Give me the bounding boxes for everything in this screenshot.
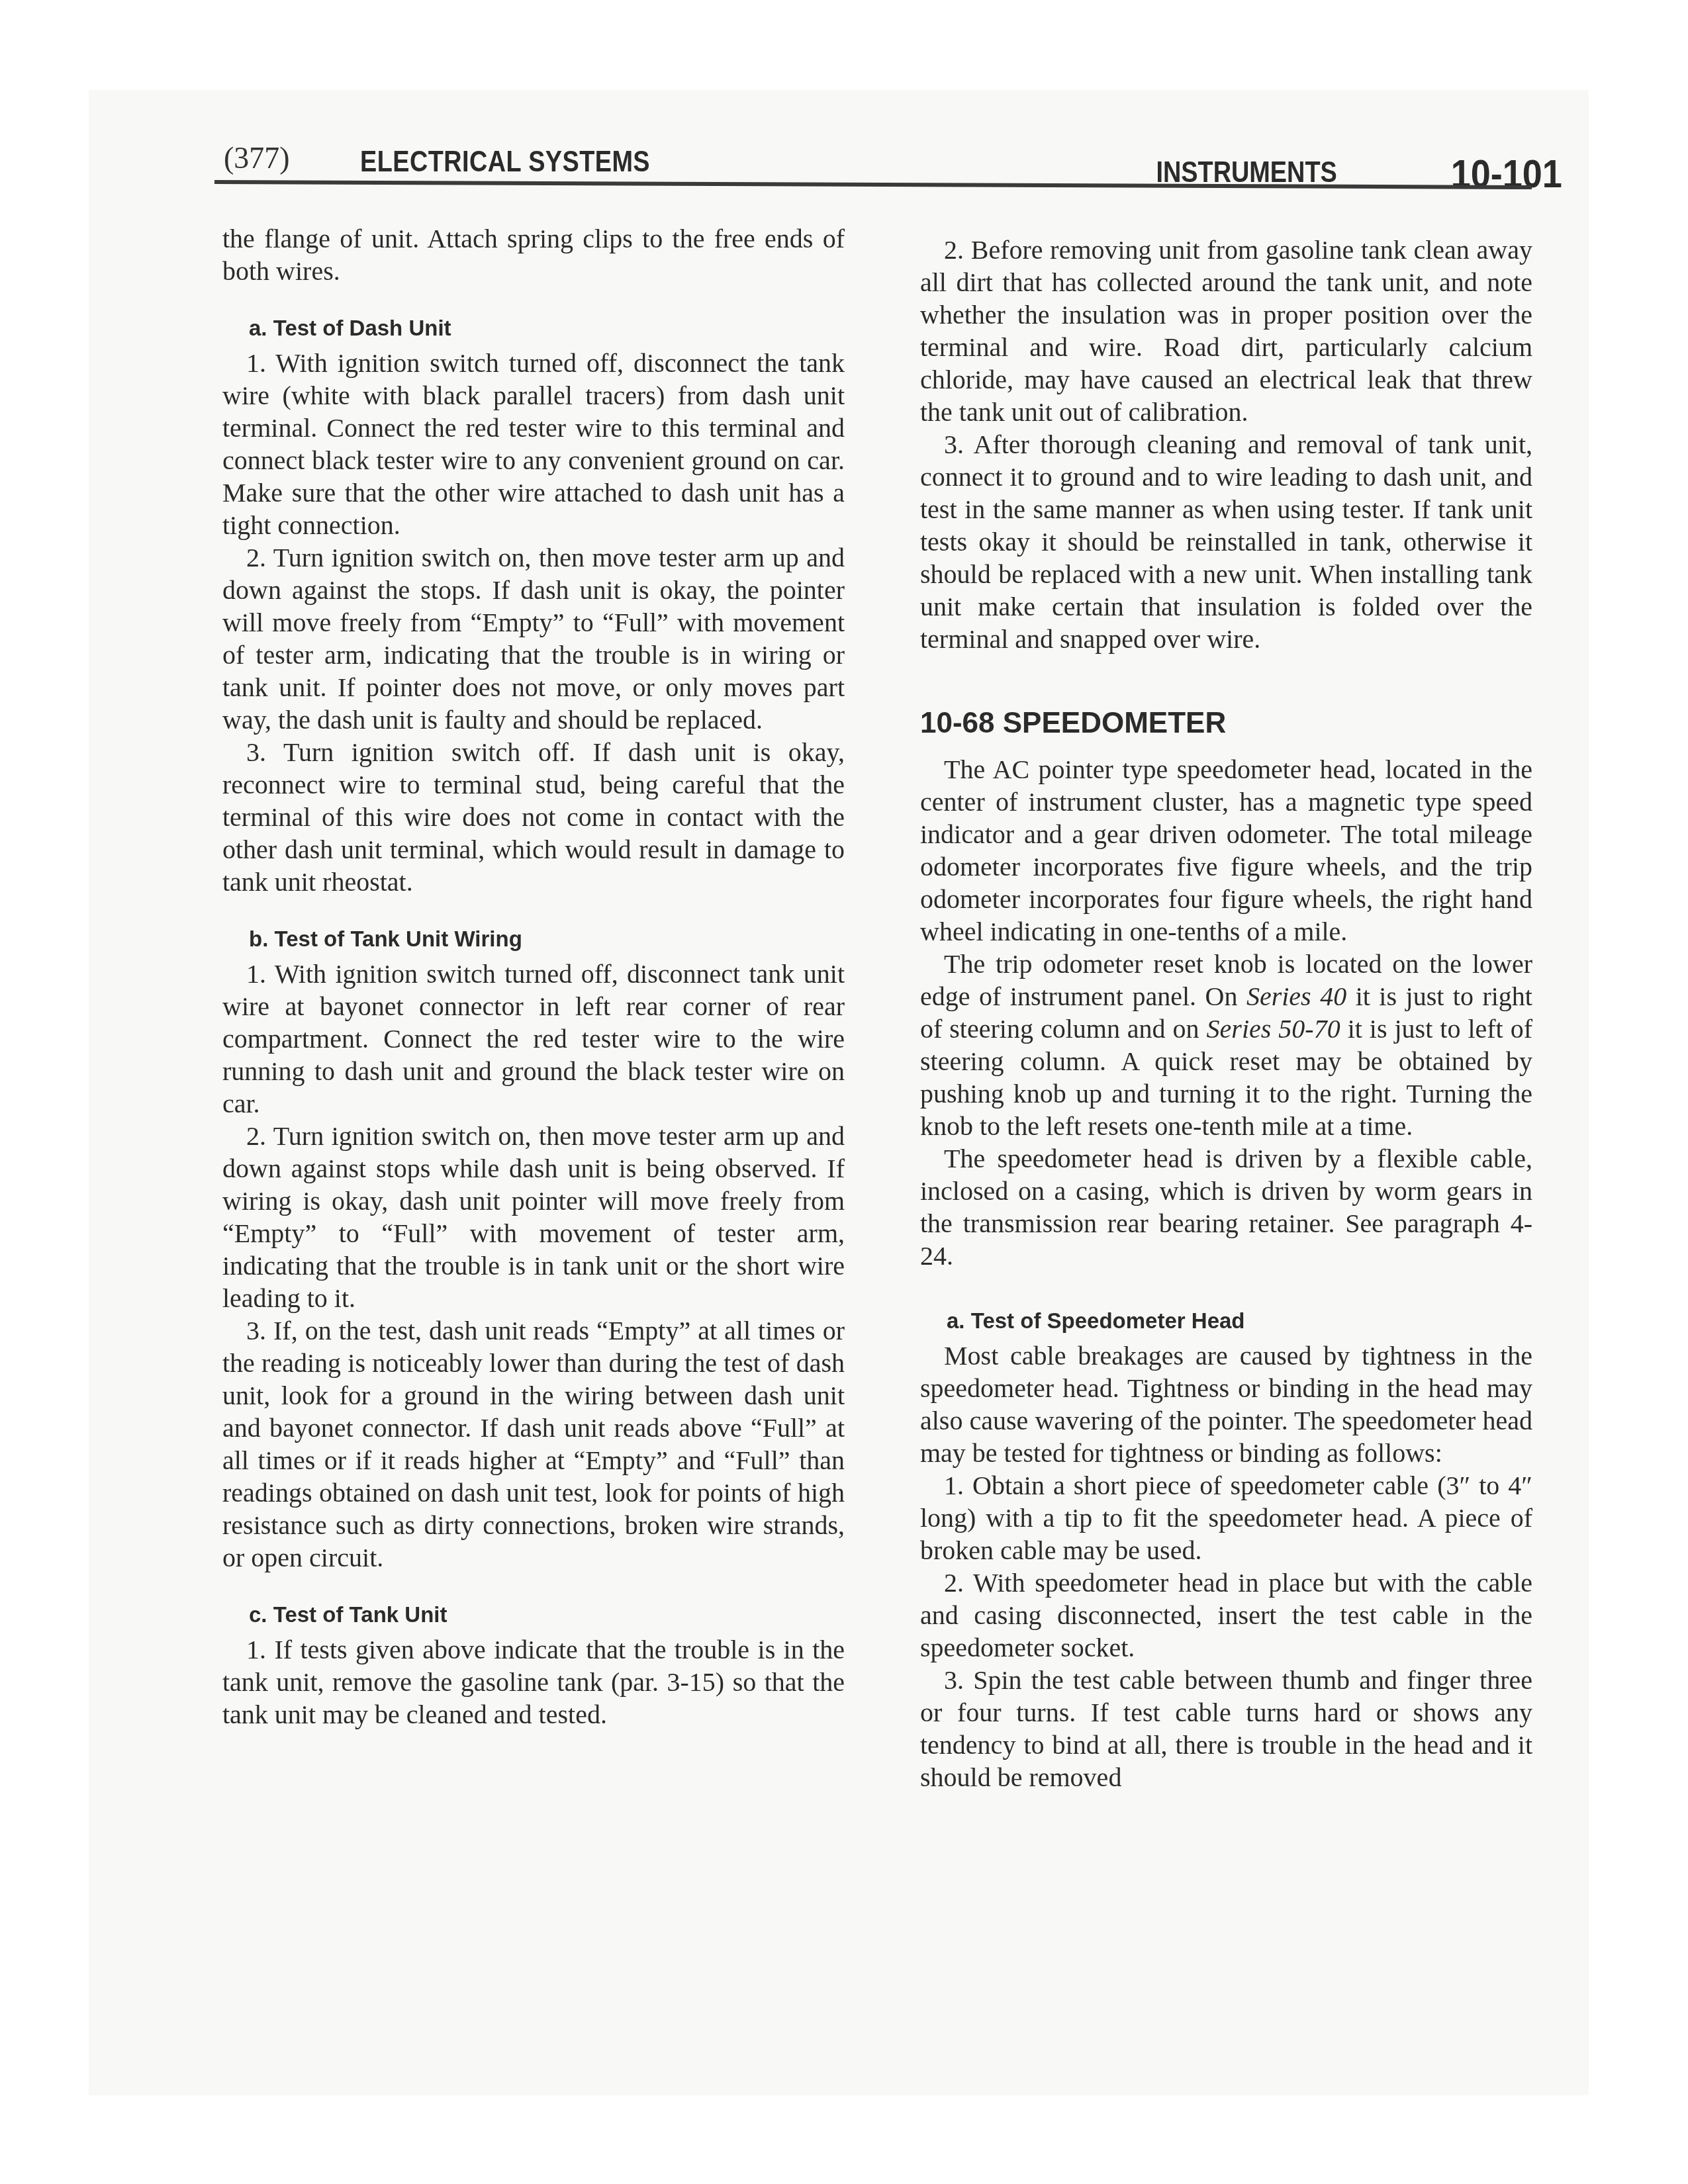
body-paragraph: The trip odometer reset knob is located … xyxy=(920,948,1532,1142)
step-paragraph: 3. Spin the test cable between thumb and… xyxy=(920,1664,1532,1794)
page-number: 10-101 xyxy=(1451,151,1562,197)
step-paragraph: 1. Obtain a short piece of speedometer c… xyxy=(920,1469,1532,1567)
subheading-test-tank-unit: c. Test of Tank Unit xyxy=(249,1600,845,1629)
step-paragraph: 2. With speedometer head in place but wi… xyxy=(920,1567,1532,1664)
step-paragraph: 3. After thorough cleaning and removal o… xyxy=(920,428,1532,655)
body-paragraph: Most cable breakages are caused by tight… xyxy=(920,1340,1532,1469)
body-paragraph: The speedometer head is driven by a flex… xyxy=(920,1142,1532,1272)
series-50-70-label: Series 50-70 xyxy=(1207,1014,1340,1044)
chapter-title: ELECTRICAL SYSTEMS xyxy=(360,146,650,179)
step-paragraph: 2. Turn ignition switch on, then move te… xyxy=(222,1120,845,1314)
subheading-test-tank-unit-wiring: b. Test of Tank Unit Wiring xyxy=(249,925,845,954)
step-paragraph: 3. Turn ignition switch off. If dash uni… xyxy=(222,736,845,898)
body-paragraph: The AC pointer type speedometer head, lo… xyxy=(920,753,1532,948)
step-paragraph: 3. If, on the test, dash unit reads “Emp… xyxy=(222,1314,845,1574)
step-paragraph: 1. With ignition switch turned off, disc… xyxy=(222,347,845,541)
subheading-test-dash-unit: a. Test of Dash Unit xyxy=(249,314,845,343)
step-paragraph: 1. If tests given above indicate that th… xyxy=(222,1633,845,1731)
right-column: 2. Before removing unit from gasoline ta… xyxy=(920,234,1532,1794)
step-paragraph: 2. Before removing unit from gasoline ta… xyxy=(920,234,1532,428)
continuation-paragraph: the flange of unit. Attach spring clips … xyxy=(222,222,845,287)
page-reference: (377) xyxy=(224,140,290,175)
step-paragraph: 2. Turn ignition switch on, then move te… xyxy=(222,541,845,736)
series-40-label: Series 40 xyxy=(1246,981,1346,1011)
left-column: the flange of unit. Attach spring clips … xyxy=(222,222,845,1731)
step-paragraph: 1. With ignition switch turned off, disc… xyxy=(222,958,845,1120)
subheading-test-speedometer-head: a. Test of Speedometer Head xyxy=(947,1306,1532,1336)
section-heading-speedometer: 10-68 SPEEDOMETER xyxy=(920,707,1532,740)
